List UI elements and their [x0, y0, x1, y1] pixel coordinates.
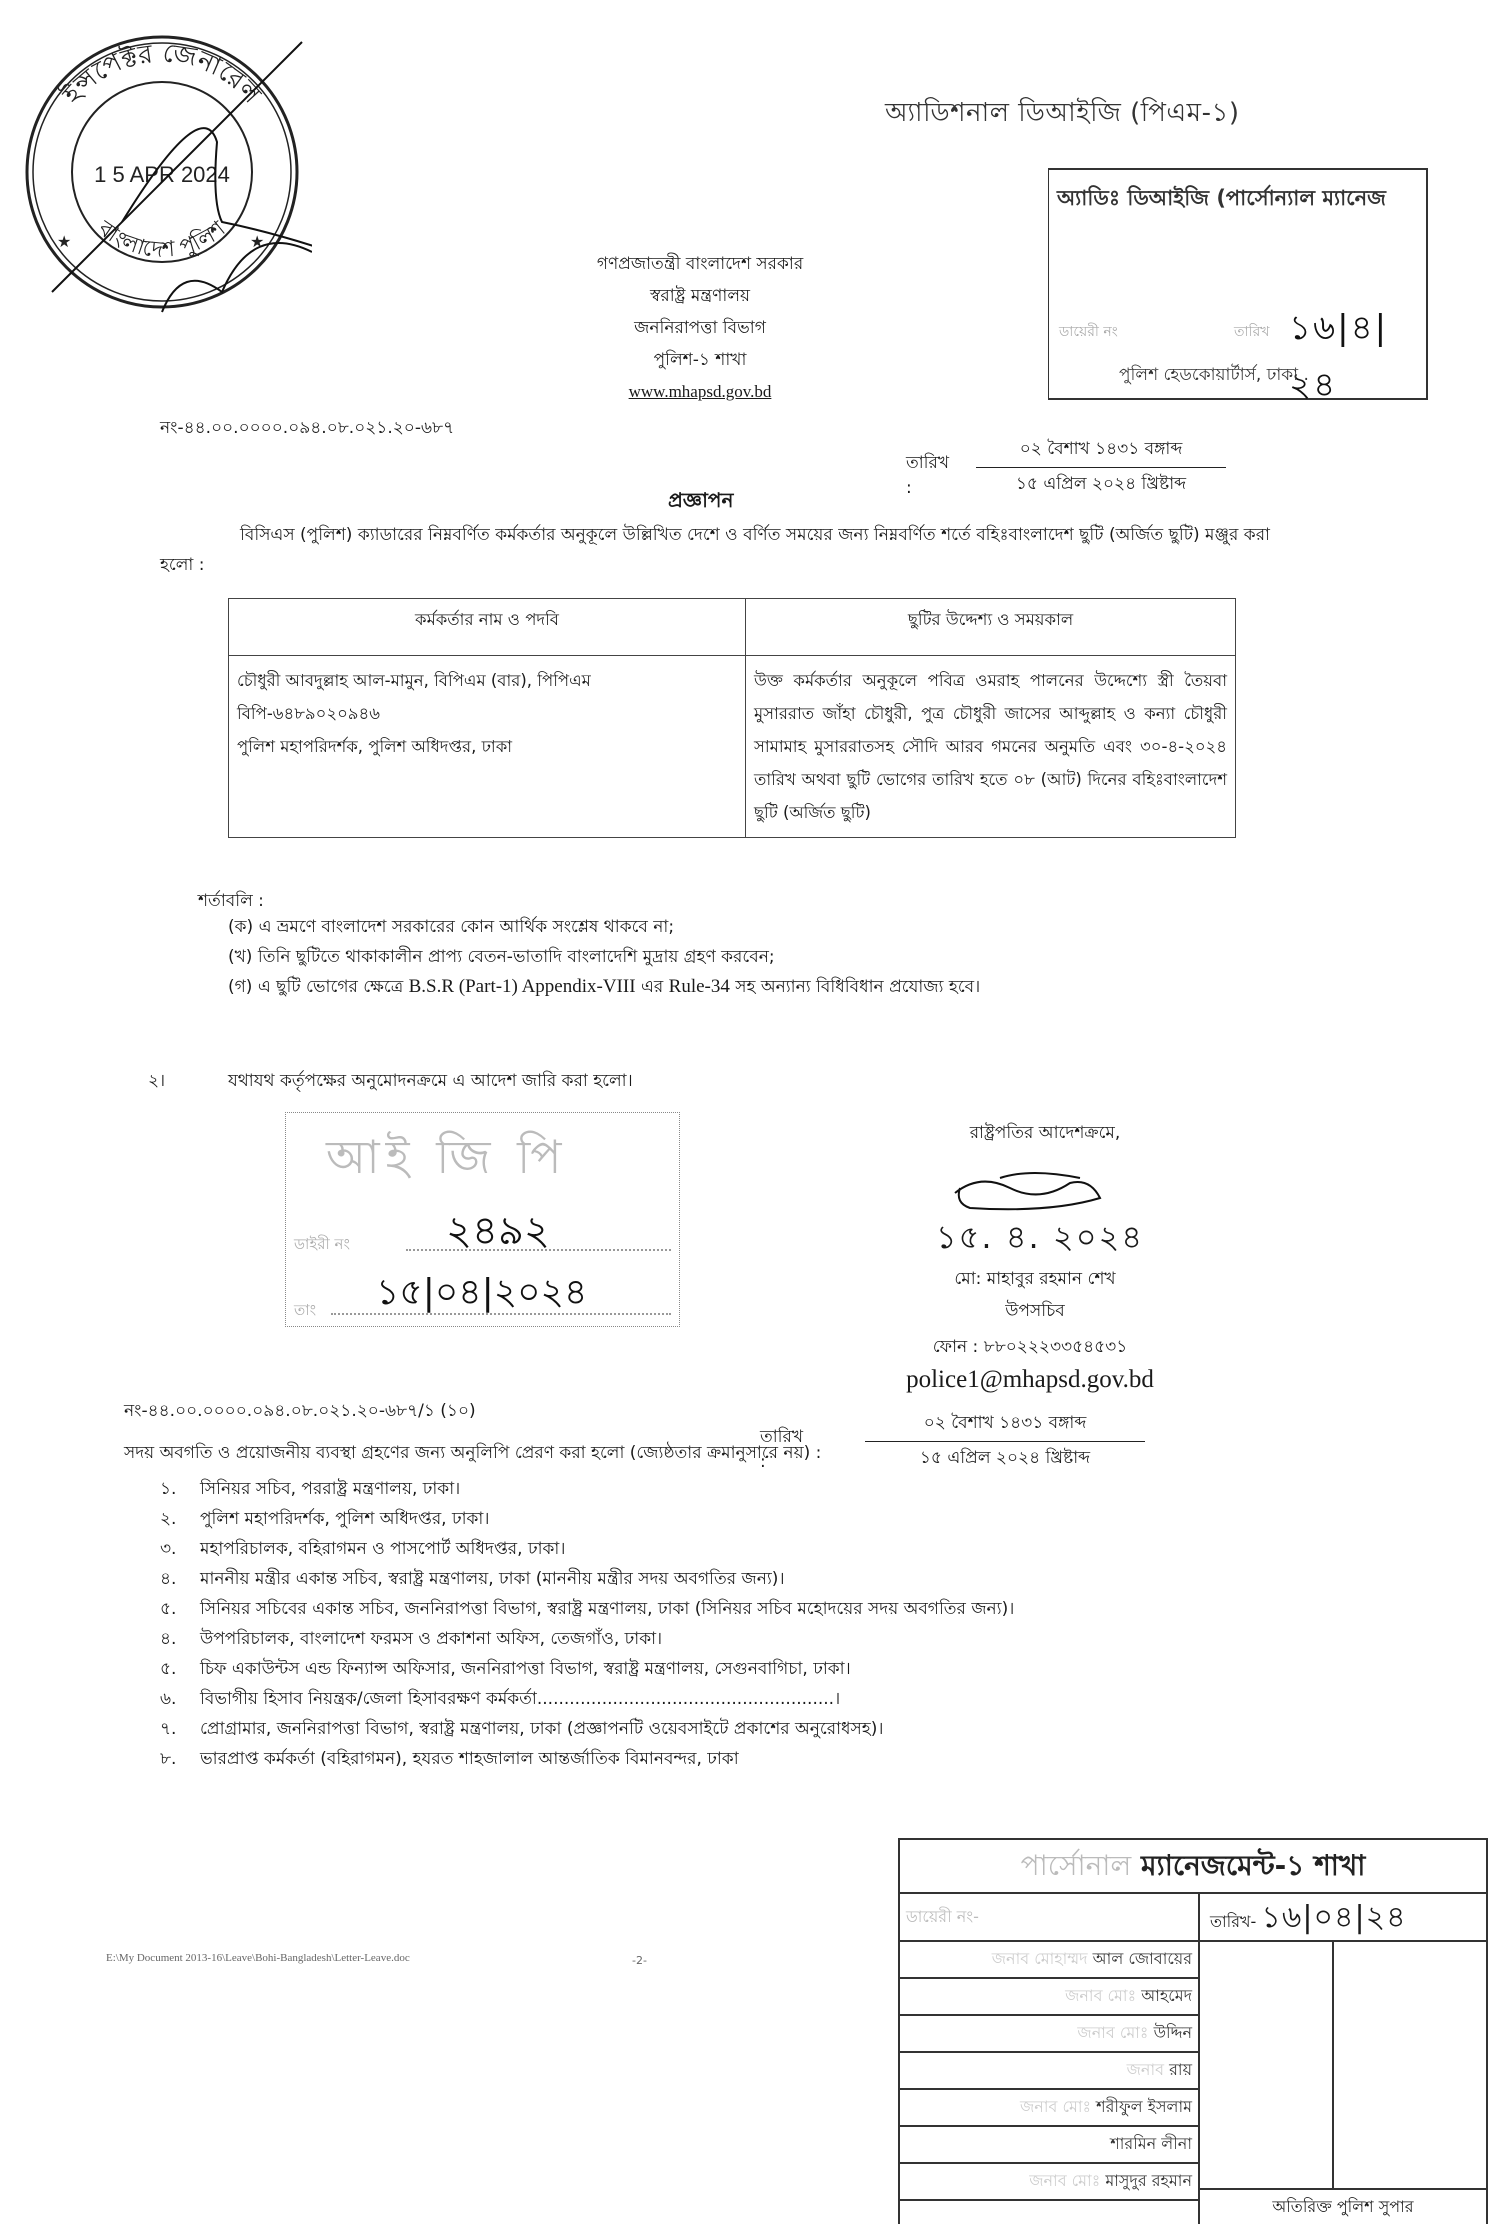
- mgmt-stamp-signature-label: অতিরিক্ত পুলিশ সুপার: [1200, 2188, 1486, 2226]
- management-branch-stamp: পার্সোনাল ম্যানেজমেন্ট-১ শাখা ডায়েরী নং…: [898, 1838, 1488, 2224]
- distribution-intro: সদয় অবগতি ও প্রয়োজনীয় ব্যবস্থা গ্রহণে…: [124, 1440, 1274, 1468]
- table-row: চৌধুরী আবদুল্লাহ আল-মামুন, বিপিএম (বার),…: [229, 656, 1236, 838]
- memo-date-label: তারিখ :: [906, 450, 949, 498]
- letterhead-website-link[interactable]: www.mhapsd.gov.bd: [500, 376, 900, 408]
- distribution-item-text: উপপরিচালক, বাংলাদেশ ফরমস ও প্রকাশনা অফিস…: [200, 1624, 1240, 1654]
- notification-intro: বিসিএস (পুলিশ) ক্যাডারের নিম্নবর্ণিত কর্…: [160, 520, 1270, 580]
- presidential-order-text: রাষ্ট্রপতির আদেশক্রমে,: [920, 1120, 1170, 1148]
- mgmt-stamp-name-row: শারমিন লীনা: [900, 2127, 1198, 2164]
- distribution-item-number: ২.: [160, 1504, 200, 1534]
- table-header-purpose: ছুটির উদ্দেশ্য ও সময়কাল: [746, 599, 1236, 656]
- copy-memo-number: নং-৪৪.০০.০০০০.০৯৪.০৮.০২১.২০-৬৮৭/১ (১০): [124, 1398, 476, 1426]
- distribution-item-number: ৪.: [160, 1564, 200, 1594]
- distribution-item: ৪.উপপরিচালক, বাংলাদেশ ফরমস ও প্রকাশনা অফ…: [160, 1624, 1240, 1654]
- seal-icon: ইন্সপেক্টর জেনারেল বাংলাদেশ পুলিশ 1 5 AP…: [12, 22, 312, 322]
- officer-designation: পুলিশ মহাপরিদর্শক, পুলিশ অধিদপ্তর, ঢাকা: [237, 730, 737, 763]
- igp-stamp-title: আই জি পি: [326, 1123, 568, 1199]
- footer-file-path: E:\My Document 2013-16\Leave\Bohi-Bangla…: [106, 1952, 410, 1964]
- mgmt-stamp-name-row: জনাব মোঃ মাসুদুর রহমান: [900, 2164, 1198, 2201]
- distribution-item: ১.সিনিয়র সচিব, পররাষ্ট্র মন্ত্রণালয়, ঢ…: [160, 1474, 1240, 1504]
- received-stamp: অ্যাডিঃ ডিআইজি (পার্সোন্যাল ম্যানেজ ডায়…: [1048, 168, 1428, 400]
- distribution-item-text: ভারপ্রাপ্ত কর্মকর্তা (বহিরাগমন), হযরত শা…: [200, 1744, 1240, 1774]
- distribution-item: ৫.চিফ একাউন্টস এন্ড ফিন্যান্স অফিসার, জন…: [160, 1654, 1240, 1684]
- received-stamp-handwritten-date: ১৬|৪|২৪: [1289, 302, 1426, 416]
- conditions-list: (ক) এ ভ্রমণে বাংলাদেশ সরকারের কোন আর্থিক…: [228, 912, 1298, 1002]
- signatory-name: মো: মাহাবুর রহমান শেখ: [890, 1266, 1180, 1294]
- distribution-item-text: বিভাগীয় হিসাব নিয়ন্ত্রক/জেলা হিসাবরক্ষ…: [200, 1684, 1240, 1714]
- distribution-item: ৬.বিভাগীয় হিসাব নিয়ন্ত্রক/জেলা হিসাবরক…: [160, 1684, 1240, 1714]
- distribution-item-number: ৫.: [160, 1654, 200, 1684]
- letterhead-ministry: স্বরাষ্ট্র মন্ত্রণালয়: [500, 280, 900, 312]
- distribution-item: ৮.ভারপ্রাপ্ত কর্মকর্তা (বহিরাগমন), হযরত …: [160, 1744, 1240, 1774]
- received-stamp-diary-label: ডায়েরী নং: [1059, 320, 1118, 344]
- svg-text:★: ★: [57, 232, 71, 251]
- mgmt-stamp-heading: পার্সোনাল ম্যানেজমেন্ট-১ শাখা: [900, 1840, 1486, 1894]
- distribution-item-text: সিনিয়র সচিব, পররাষ্ট্র মন্ত্রণালয়, ঢাক…: [200, 1474, 1240, 1504]
- received-stamp-place: পুলিশ হেডকোয়ার্টার্স, ঢাকা .: [1119, 362, 1309, 390]
- notification-title: প্রজ্ঞাপন: [668, 486, 733, 519]
- distribution-item: ৩.মহাপরিচালক, বহিরাগমন ও পাসপোর্ট অধিদপ্…: [160, 1534, 1240, 1564]
- distribution-list: ১.সিনিয়র সচিব, পররাষ্ট্র মন্ত্রণালয়, ঢ…: [160, 1474, 1240, 1774]
- igp-stamp-date-label: তাং: [294, 1299, 316, 1324]
- memo-date-bangla: ০২ বৈশাখ ১৪৩১ বঙ্গাব্দ: [976, 436, 1226, 468]
- paragraph-2: ২।যথাযথ কর্তৃপক্ষের অনুমোদনক্রমে এ আদেশ …: [148, 1068, 633, 1096]
- signature-handwritten-date: ১৫. ৪. ২০২৪: [910, 1212, 1170, 1266]
- igp-stamp-date: ১৫|০৪|২০২৪: [376, 1265, 587, 1325]
- inspector-general-seal: ইন্সপেক্টর জেনারেল বাংলাদেশ পুলিশ 1 5 AP…: [12, 22, 312, 322]
- distribution-item-text: প্রোগ্রামার, জননিরাপত্তা বিভাগ, স্বরাষ্ট…: [200, 1714, 1240, 1744]
- distribution-item-text: চিফ একাউন্টস এন্ড ফিন্যান্স অফিসার, জননি…: [200, 1654, 1240, 1684]
- officer-cell: চৌধুরী আবদুল্লাহ আল-মামুন, বিপিএম (বার),…: [229, 656, 746, 838]
- letterhead-branch: পুলিশ-১ শাখা: [500, 344, 900, 376]
- distribution-item-text: পুলিশ মহাপরিদর্শক, পুলিশ অধিদপ্তর, ঢাকা।: [200, 1504, 1240, 1534]
- distribution-item-number: ৩.: [160, 1534, 200, 1564]
- distribution-item-text: সিনিয়র সচিবের একান্ত সচিব, জননিরাপত্তা …: [200, 1594, 1240, 1624]
- distribution-item-number: ৪.: [160, 1624, 200, 1654]
- distribution-item-text: মহাপরিচালক, বহিরাগমন ও পাসপোর্ট অধিদপ্তর…: [200, 1534, 1240, 1564]
- mgmt-stamp-date: তারিখ- ১৬|০৪|২৪: [1200, 1894, 1486, 1942]
- condition-item: (ক) এ ভ্রমণে বাংলাদেশ সরকারের কোন আর্থিক…: [228, 912, 1298, 942]
- condition-item: (গ) এ ছুটি ভোগের ক্ষেত্রে B.S.R (Part-1)…: [228, 972, 1298, 1002]
- distribution-item: ৪.মাননীয় মন্ত্রীর একান্ত সচিব, স্বরাষ্ট…: [160, 1564, 1240, 1594]
- signatory-designation: উপসচিব: [890, 1298, 1180, 1326]
- distribution-item-number: ৫.: [160, 1594, 200, 1624]
- purpose-cell: উক্ত কর্মকর্তার অনুকূলে পবিত্র ওমরাহ পাল…: [746, 656, 1236, 838]
- signature-icon: [950, 1168, 1110, 1218]
- condition-item: (খ) তিনি ছুটিতে থাকাকালীন প্রাপ্য বেতন-ভ…: [228, 942, 1298, 972]
- svg-text:ইন্সপেক্টর জেনারেল: ইন্সপেক্টর জেনারেল: [56, 38, 267, 110]
- distribution-item: ২.পুলিশ মহাপরিদর্শক, পুলিশ অধিদপ্তর, ঢাক…: [160, 1504, 1240, 1534]
- letterhead: গণপ্রজাতন্ত্রী বাংলাদেশ সরকার স্বরাষ্ট্র…: [500, 248, 900, 408]
- officer-name: চৌধুরী আবদুল্লাহ আল-মামুন, বিপিএম (বার),…: [237, 664, 737, 697]
- igp-diary-stamp: আই জি পি ডাইরী নং ২৪৯২ তাং ১৫|০৪|২০২৪: [285, 1112, 680, 1327]
- letterhead-government: গণপ্রজাতন্ত্রী বাংলাদেশ সরকার: [500, 248, 900, 280]
- distribution-item-number: ৮.: [160, 1744, 200, 1774]
- distribution-item-number: ৭.: [160, 1714, 200, 1744]
- memo-date-gregorian: ১৫ এপ্রিল ২০২৪ খ্রিষ্টাব্দ: [976, 468, 1226, 499]
- intro-text: বিসিএস (পুলিশ) ক্যাডারের নিম্নবর্ণিত কর্…: [160, 525, 1270, 575]
- mgmt-stamp-name-row: জনাব মোঃ আহমেদ: [900, 1979, 1198, 2016]
- memo-number: নং-৪৪.০০.০০০০.০৯৪.০৮.০২১.২০-৬৮৭: [160, 415, 454, 443]
- igp-stamp-diary-label: ডাইরী নং: [294, 1233, 350, 1258]
- distribution-item: ৭.প্রোগ্রামার, জননিরাপত্তা বিভাগ, স্বরাষ…: [160, 1714, 1240, 1744]
- signatory-phone: ফোন : ৮৮০২২২৩৩৫৪৫৩১: [870, 1334, 1190, 1362]
- signatory-email-link[interactable]: police1@mhapsd.gov.bd: [860, 1366, 1200, 1394]
- table-header-officer: কর্মকর্তার নাম ও পদবি: [229, 599, 746, 656]
- footer-page-number: -2-: [632, 1954, 647, 1967]
- received-stamp-date-label: তারিখ: [1234, 320, 1269, 344]
- svg-text:বাংলাদেশ পুলিশ: বাংলাদেশ পুলিশ: [93, 216, 232, 263]
- distribution-item-number: ৬.: [160, 1684, 200, 1714]
- mgmt-stamp-diary-label: ডায়েরী নং-: [900, 1894, 1198, 1942]
- leave-table: কর্মকর্তার নাম ও পদবি ছুটির উদ্দেশ্য ও স…: [228, 598, 1236, 838]
- distribution-item-number: ১.: [160, 1474, 200, 1504]
- distribution-item-text: মাননীয় মন্ত্রীর একান্ত সচিব, স্বরাষ্ট্র…: [200, 1564, 1240, 1594]
- mgmt-stamp-name-row: জনাব মোঃ শরীফুল ইসলাম: [900, 2090, 1198, 2127]
- letterhead-division: জননিরাপত্তা বিভাগ: [500, 312, 900, 344]
- addl-dig-heading: অ্যাডিশনাল ডিআইজি (পিএম-১): [885, 92, 1240, 136]
- igp-stamp-diary-number: ২৪৯২: [446, 1199, 550, 1266]
- officer-bp-number: বিপি-৬৪৮৯০২০৯৪৬: [237, 697, 737, 730]
- distribution-item: ৫.সিনিয়র সচিবের একান্ত সচিব, জননিরাপত্ত…: [160, 1594, 1240, 1624]
- received-stamp-title: অ্যাডিঃ ডিআইজি (পার্সোন্যাল ম্যানেজ: [1057, 182, 1386, 217]
- copy-memo-date-bangla: ০২ বৈশাখ ১৪৩১ বঙ্গাব্দ: [865, 1410, 1145, 1442]
- mgmt-stamp-name-row: জনাব রায়: [900, 2053, 1198, 2090]
- mgmt-stamp-name-row: জনাব মোঃ উদ্দিন: [900, 2016, 1198, 2053]
- mgmt-stamp-name-row: জনাব মোহাম্মদ আল জোবায়ের: [900, 1942, 1198, 1979]
